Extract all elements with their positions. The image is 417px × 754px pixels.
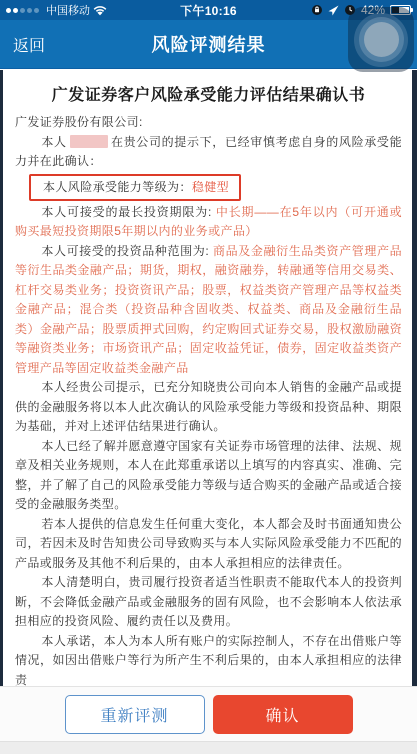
retest-button[interactable]: 重新评测 [65, 695, 205, 734]
footer-action-bar: 重新评测 确认 [0, 686, 417, 754]
assistive-touch-ring-inner [359, 17, 404, 62]
risk-level-label: 本人风险承受能力等级为： [43, 180, 192, 194]
intro-paragraph: 本人在贵公司的提示下，已经审慎考虑自身的风险承受能力并在此确认： [15, 133, 402, 172]
rotation-lock-icon [311, 4, 323, 16]
document-body: 广发证券客户风险承受能力评估结果确认书 广发证券股份有限公司: 本人在贵公司的提… [0, 70, 417, 686]
scope-value: 商品及金融衍生品类资产管理产品等衍生品类金融产品；期货，期权，融资融券，转融通等… [15, 244, 402, 375]
signal-strength-icon [6, 8, 39, 13]
status-left: 中国移动 [6, 2, 180, 18]
intro-prefix: 本人 [41, 135, 66, 149]
paragraph-info-change: 若本人提供的信息发生任何重大变化，本人都会及时书面通知贵公司，若因未及时告知贵公… [15, 515, 402, 574]
footer-buttons: 重新评测 确认 [0, 687, 417, 741]
assistive-touch-button[interactable] [348, 7, 414, 72]
page-title: 风险评测结果 [152, 31, 266, 57]
risk-level-row: 本人风险承受能力等级为：稳健型 [15, 172, 402, 203]
risk-level-value: 稳健型 [192, 180, 229, 194]
screen-edge-right [412, 70, 417, 686]
document-title: 广发证券客户风险承受能力评估结果确认书 [15, 84, 402, 108]
salutation: 广发证券股份有限公司: [15, 113, 402, 133]
assistive-touch-core [364, 22, 399, 57]
scope-paragraph: 本人可接受的投资品种范围为: 商品及金融衍生品类资产管理产品等衍生品类金融产品；… [15, 242, 402, 379]
paragraph-commitment: 本人已经了解并愿意遵守国家有关证券市场管理的法律、法规、规章及相关业务规则，本人… [15, 437, 402, 515]
home-area-strip [0, 741, 417, 754]
back-button[interactable]: 返回 [13, 20, 45, 68]
redacted-name-block [70, 135, 108, 148]
screen-edge-left [0, 70, 3, 686]
horizon-paragraph: 本人可接受的最长投资期限为: 中长期——在5年以内（可开通或购买最短投资期限5年… [15, 203, 402, 242]
scope-label: 本人可接受的投资品种范围为: [41, 244, 209, 258]
clock-time-label: 下午10:16 [180, 2, 237, 19]
risk-level-highlight-box: 本人风险承受能力等级为：稳健型 [29, 174, 241, 201]
horizon-label: 本人可接受的最长投资期限为: [41, 205, 211, 219]
location-arrow-icon [328, 5, 339, 16]
paragraph-suitability: 本人清楚明白，贵司履行投资者适当性职责不能取代本人的投资判断，不会降低金融产品或… [15, 573, 402, 632]
confirm-button[interactable]: 确认 [213, 695, 353, 734]
wifi-icon [93, 5, 107, 16]
paragraph-confirm-basis: 本人经贵公司提示，已充分知晓贵公司向本人销售的金融产品或提供的金融服务将以本人此… [15, 378, 402, 437]
assistive-touch-ring-outer [354, 13, 408, 67]
phone-screen: 中国移动 下午10:16 [0, 0, 417, 754]
carrier-label: 中国移动 [46, 2, 90, 18]
paragraph-account-control: 本人承诺，本人为本人所有账户的实际控制人，不存在出借账户等情况，如因出借账户等行… [15, 632, 402, 687]
